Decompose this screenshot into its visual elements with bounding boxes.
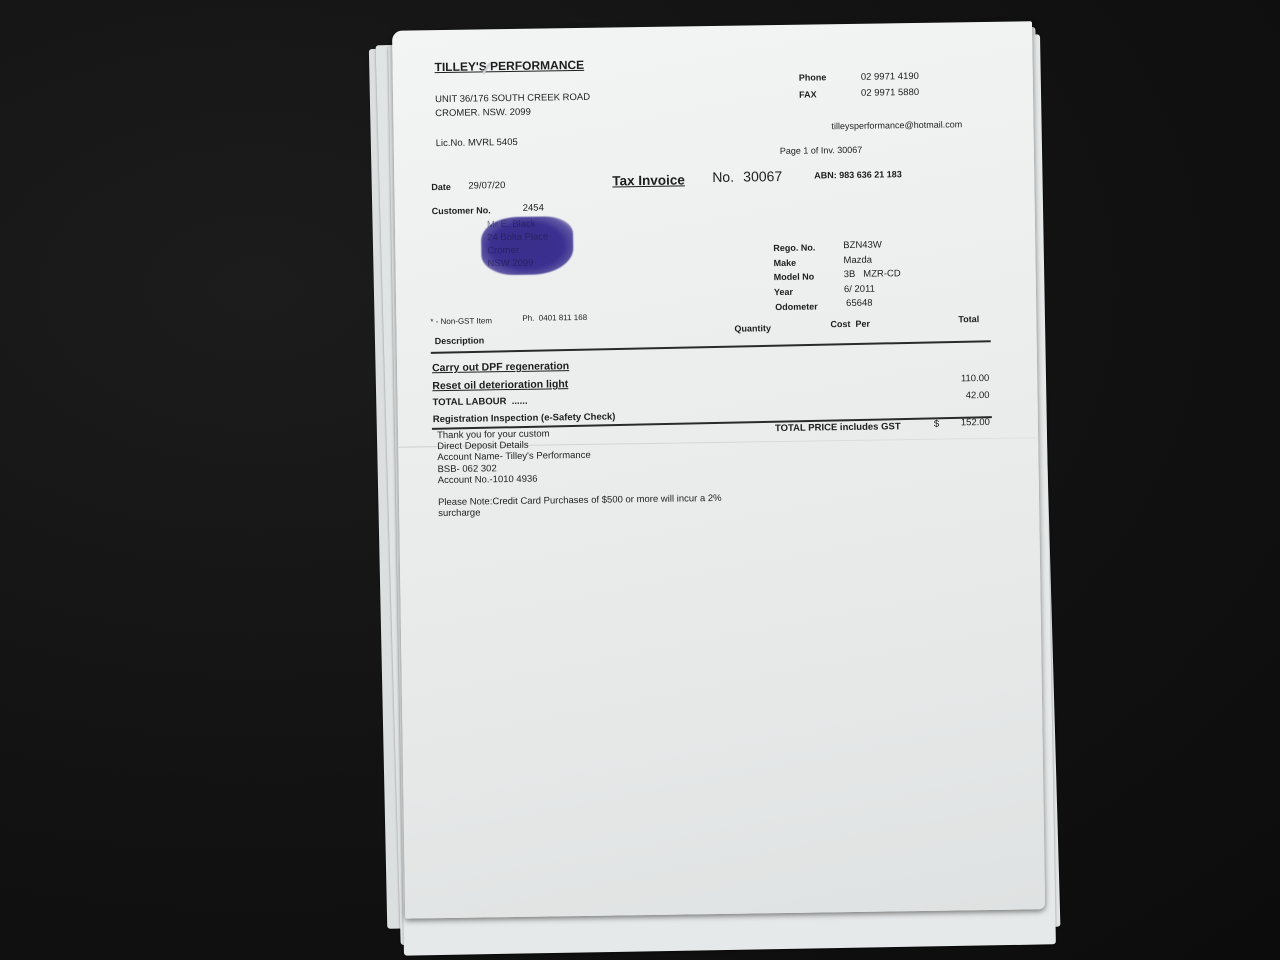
abn: ABN: 983 636 21 183 [814,169,902,180]
rego-value: BZN43W [843,240,882,252]
line-item: TOTAL LABOUR ...... [432,396,527,408]
rego-label: Rego. No. [773,242,815,253]
fax-label: FAX [799,89,817,99]
document-title: Tax Invoice [612,172,685,188]
business-address-line1: UNIT 36/176 SOUTH CREEK ROAD [435,92,590,105]
invoice-page: TILLEY'S PERFORMANCE UNIT 36/176 SOUTH C… [392,21,1045,918]
invoice-number-label: No. [712,169,734,185]
redacted-address-line: Cromer [487,245,519,256]
col-quantity: Quantity [734,323,771,334]
fax-number: 02 9971 5880 [861,87,919,99]
make-label: Make [773,258,796,268]
odometer-value: 65648 [846,298,873,309]
table-header-rule [431,340,991,354]
make-value: Mazda [843,255,872,266]
col-total: Total [958,314,979,324]
odometer-label: Odometer [775,301,818,312]
line-item: Carry out DPF regeneration [432,360,569,374]
year-label: Year [774,287,793,297]
year-value: 6/ 2011 [844,284,875,295]
surcharge-note: Please Note:Credit Card Purchases of $50… [438,493,728,520]
payment-details: Thank you for your custom Direct Deposit… [437,425,768,519]
page-info: Page 1 of Inv. 30067 [780,145,863,156]
customer-phone: Ph. 0401 811 168 [522,313,587,323]
col-description: Description [435,335,485,346]
licence-number: Lic.No. MVRL 5405 [436,137,518,149]
date-label: Date [431,182,451,192]
model-label: Model No [774,272,815,283]
phone-number: 02 9971 4190 [861,71,919,83]
redacted-address-line: Mr E. Black [487,219,536,231]
line-item-total: 42.00 [937,390,989,402]
customer-no: 2454 [523,203,544,214]
line-item-total: 110.00 [937,373,989,385]
total-label: TOTAL PRICE includes GST [775,421,901,434]
redacted-address-line: NSW 2099 [487,258,533,270]
customer-no-label: Customer No. [432,205,491,216]
phone-label: Phone [799,72,827,82]
col-cost-per: Cost Per [830,319,870,330]
invoice-number: 30067 [743,168,782,185]
total-price: 152.00 [938,417,990,429]
line-item: Reset oil deterioration light [432,378,568,392]
business-address-line2: CROMER. NSW. 2099 [435,107,531,119]
model-value: 3B MZR-CD [844,268,901,280]
line-item: Registration Inspection (e-Safety Check) [433,411,616,425]
business-email: tilleysperformance@hotmail.com [831,119,962,131]
business-name: TILLEY'S PERFORMANCE [434,58,584,74]
redacted-address-line: 24 Bolta Place [487,231,548,243]
invoice-date: 29/07/20 [468,180,505,192]
non-gst-note: * - Non-GST Item [430,316,492,326]
